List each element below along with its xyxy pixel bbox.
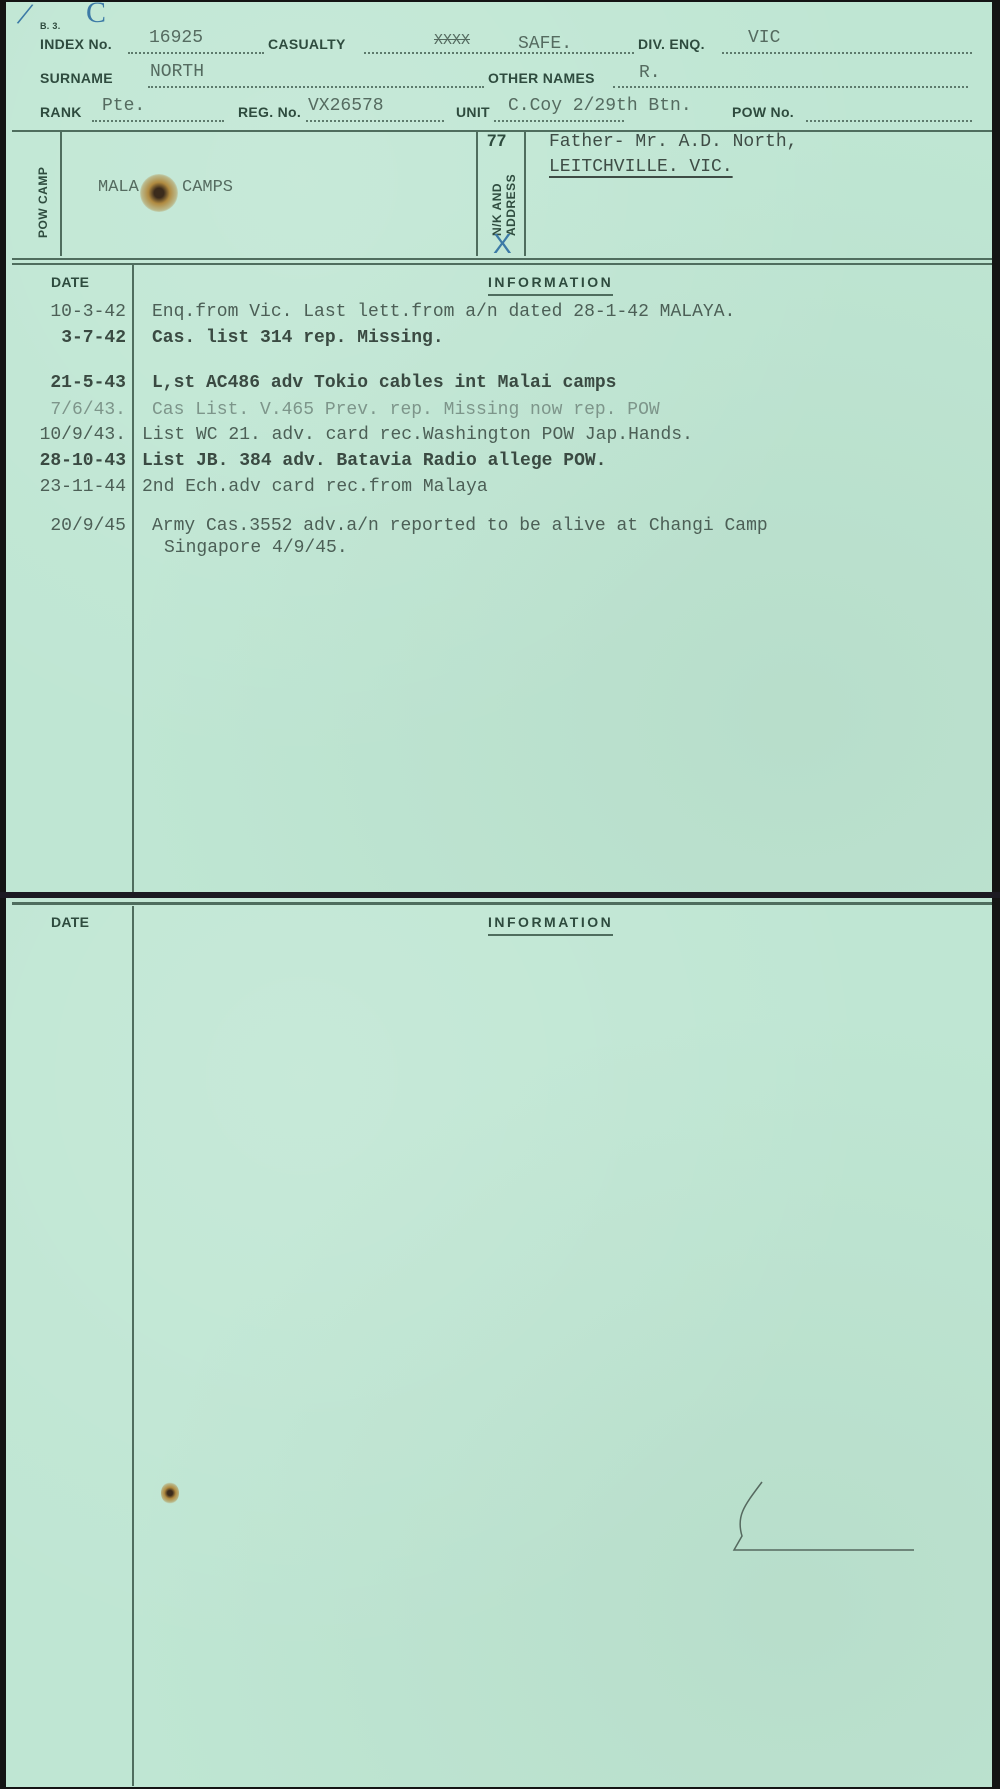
row-date: 7/6/43. <box>6 400 126 420</box>
stain-mark <box>140 174 178 212</box>
casualty-label: CASUALTY <box>268 36 346 52</box>
pow-camp-value-1: MALA <box>98 178 139 197</box>
row-date: 10/9/43. <box>6 425 126 445</box>
nok-code: 77 <box>487 131 507 151</box>
rank-dotline <box>92 120 224 122</box>
reg-no-label: REG. No. <box>238 104 301 120</box>
row-information: List JB. 384 adv. Batavia Radio allege P… <box>142 451 606 471</box>
nok-label-2: ADDRESS <box>504 174 518 236</box>
unit-dotline <box>494 120 624 122</box>
row-date: 3-7-42 <box>6 328 126 348</box>
rank-value: Pte. <box>102 96 145 116</box>
row-information: Enq.from Vic. Last lett.from a/n dated 2… <box>152 302 735 322</box>
casualty-dotline <box>364 52 634 54</box>
index-no-label: INDEX No. <box>40 36 112 52</box>
date-column-divider <box>132 265 134 892</box>
back-top-rule <box>12 902 992 905</box>
reg-no-value: VX26578 <box>308 96 384 116</box>
other-names-value: R. <box>639 63 661 83</box>
div-enq-value: VIC <box>748 28 780 48</box>
surname-label: SURNAME <box>40 70 113 86</box>
pow-camp-divider <box>60 132 62 256</box>
surname-value: NORTH <box>150 62 204 82</box>
record-card-front: / C B. 3. INDEX No. 16925 CASUALTY XXXX … <box>6 2 992 892</box>
table-rule-2 <box>12 263 992 265</box>
row-date: 20/9/45 <box>6 516 126 536</box>
other-names-label: OTHER NAMES <box>488 70 595 86</box>
row-date: 10-3-42 <box>6 302 126 322</box>
unit-label: UNIT <box>456 104 490 120</box>
casualty-struck-value: XXXX <box>434 32 470 49</box>
row-date: 28-10-43 <box>6 451 126 471</box>
form-code: B. 3. <box>40 21 61 31</box>
pow-no-dotline <box>806 120 972 122</box>
row-information: Cas. list 314 rep. Missing. <box>152 328 444 348</box>
reg-no-dotline <box>306 120 444 122</box>
back-date-column-divider <box>132 906 134 1786</box>
information-header: INFORMATION <box>488 274 613 290</box>
row-information: List WC 21. adv. card rec.Washington POW… <box>142 425 693 445</box>
nok-line-2: LEITCHVILLE. VIC. <box>549 157 733 177</box>
surname-dotline <box>148 86 484 88</box>
row-information: Cas List. V.465 Prev. rep. Missing now r… <box>152 400 660 420</box>
pow-no-label: POW No. <box>732 104 794 120</box>
pow-camp-label: POW CAMP <box>36 167 50 238</box>
ink-blot <box>161 1482 179 1504</box>
back-date-header: DATE <box>51 914 89 930</box>
row-information: L,st AC486 adv Tokio cables int Malai ca… <box>152 373 616 393</box>
other-names-dotline <box>613 86 968 88</box>
pencil-mark <box>714 1476 914 1566</box>
div-enq-dotline <box>722 52 972 54</box>
nok-left-divider <box>476 132 478 256</box>
record-card-back: DATE INFORMATION <box>6 898 992 1787</box>
pen-x-mark: X <box>493 228 512 260</box>
information-header-text: INFORMATION <box>488 274 613 296</box>
row-information: Army Cas.3552 adv.a/n reported to be ali… <box>152 516 768 536</box>
div-enq-label: DIV. ENQ. <box>638 36 705 52</box>
row-date: 21-5-43 <box>6 373 126 393</box>
pen-slash-mark: / <box>14 0 36 34</box>
row-date: 23-11-44 <box>6 477 126 497</box>
pen-mark-c: C <box>86 0 106 30</box>
unit-value: C.Coy 2/29th Btn. <box>508 96 692 116</box>
row-information-continued: Singapore 4/9/45. <box>164 538 348 558</box>
table-rule-1 <box>12 258 992 260</box>
back-information-header: INFORMATION <box>488 914 613 930</box>
pow-camp-value-2: CAMPS <box>182 178 233 197</box>
index-no-value: 16925 <box>149 28 203 48</box>
index-no-dotline <box>128 52 264 54</box>
row-information: 2nd Ech.adv card rec.from Malaya <box>142 477 488 497</box>
back-information-header-text: INFORMATION <box>488 914 613 936</box>
rank-label: RANK <box>40 104 82 120</box>
casualty-value: SAFE. <box>518 34 572 54</box>
date-header: DATE <box>51 274 89 290</box>
nok-line-1: Father- Mr. A.D. North, <box>549 132 797 152</box>
nok-right-divider <box>524 132 526 256</box>
